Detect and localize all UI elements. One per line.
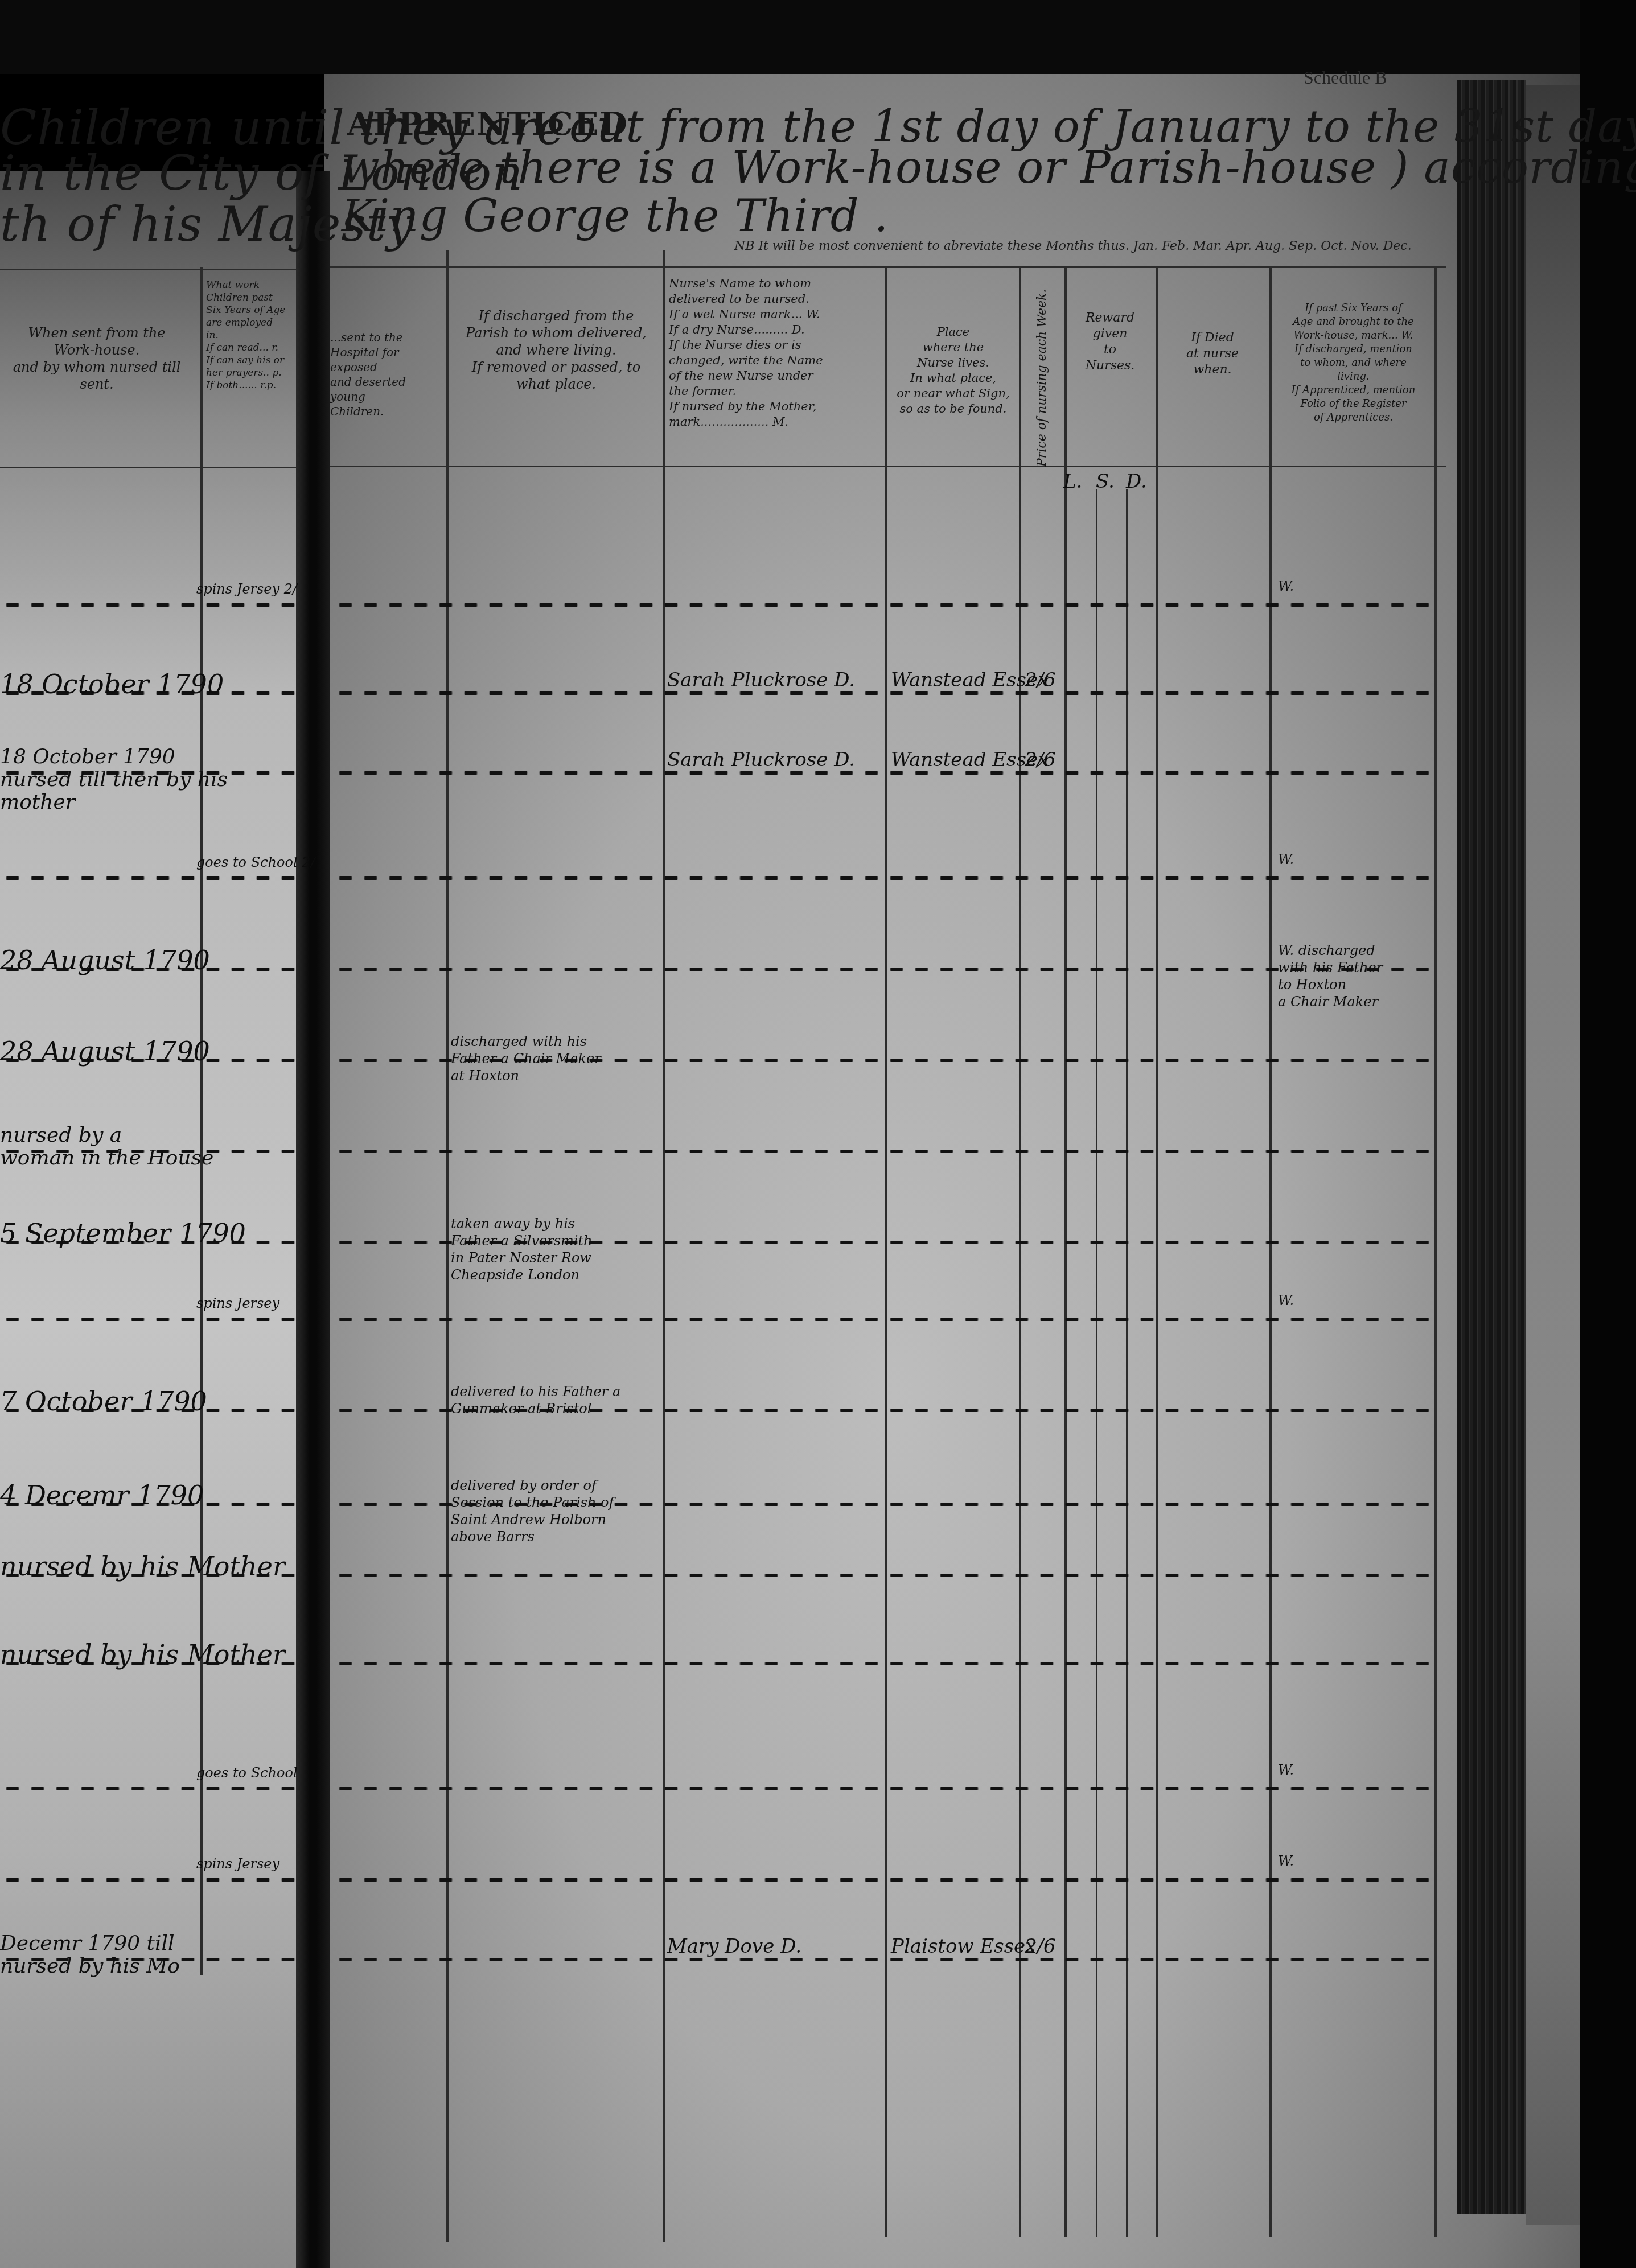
currency-pounds: L. [1063, 470, 1082, 493]
book-gutter [296, 171, 330, 2268]
cell-work: spins Jersey [196, 1855, 279, 1872]
cell-past-six: W. discharged with his Father to Hoxton … [1278, 942, 1383, 1010]
cell-past-six: W. [1278, 851, 1294, 868]
header-when-sent: When sent from the Work-house. and by wh… [0, 324, 194, 393]
column-rule [1434, 267, 1437, 2237]
cell-past-six: W. [1278, 1761, 1294, 1779]
cell-when-sent: nursed by his Mother [0, 1639, 285, 1670]
dotted-leader [333, 968, 1437, 971]
cell-work: spins Jersey [196, 1295, 279, 1312]
header-price: Price of nursing each Week. [1035, 289, 1049, 467]
dotted-leader [333, 1318, 1437, 1321]
header-died: If Died at nurse when. [1158, 330, 1267, 378]
column-rule [885, 267, 887, 2237]
rule [330, 266, 1446, 268]
header-discharged: If discharged from the Parish to whom de… [451, 307, 661, 393]
cell-work: goes to School 2/ [196, 854, 315, 871]
cell-past-six: W. [1278, 1292, 1294, 1309]
cell-discharged: delivered by order of Session to the Par… [451, 1477, 614, 1545]
header-reward: Reward given to Nurses. [1067, 310, 1153, 374]
dotted-leader [333, 1662, 1437, 1665]
title-line3-right: King George the Third . [342, 191, 889, 242]
cell-discharged: taken away by his Father a Silversmith i… [451, 1215, 593, 1283]
cell-discharged: delivered to his Father a Gunmaker at Br… [451, 1383, 620, 1417]
scan-border-right [1580, 0, 1636, 2268]
column-rule [446, 250, 449, 2242]
title-line2-right: where there is a Work-house or Parish-ho… [342, 142, 1636, 194]
cell-when-sent: 18 October 1790 nursed till then by his … [0, 746, 228, 814]
cell-when-sent: Decemr 1790 till nursed by his Mo [0, 1932, 180, 1978]
dotted-leader [333, 771, 1437, 775]
rule [0, 467, 296, 468]
rule [330, 466, 1446, 467]
cell-price: 2/6 [1025, 1935, 1056, 1958]
dotted-leader [333, 1787, 1437, 1790]
dotted-leader [0, 1878, 296, 1882]
header-place: Place where the Nurse lives. In what pla… [889, 324, 1017, 417]
cell-when-sent: 18 October 1790 [0, 669, 224, 699]
cell-past-six: W. [1278, 1853, 1294, 1870]
rule [0, 269, 296, 270]
column-rule [1156, 267, 1158, 2237]
cell-nurse-name: Mary Dove D. [667, 1935, 801, 1958]
column-rule [1126, 489, 1128, 2237]
cell-place: Plaistow Essex [891, 1935, 1036, 1958]
schedule-label: Schedule B [1304, 67, 1387, 88]
dotted-leader [333, 876, 1437, 880]
header-hospital: ...sent to the Hospital for exposed and … [330, 330, 444, 419]
abbreviation-note: NB It will be most convenient to abrevia… [734, 239, 1412, 253]
cell-past-six: W. [1278, 578, 1294, 595]
dotted-leader [333, 1574, 1437, 1577]
cell-when-sent: 5 September 1790 [0, 1218, 246, 1249]
dotted-leader [333, 691, 1437, 695]
cell-work: goes to School [196, 1764, 298, 1781]
column-rule [1064, 267, 1067, 2237]
dotted-leader [333, 1150, 1437, 1153]
cell-when-sent: nursed by a woman in the House [0, 1124, 213, 1170]
paper-strip [1526, 85, 1580, 2225]
currency-shillings: S. [1096, 470, 1115, 493]
cell-work: spins Jersey 2/ [196, 581, 297, 598]
cell-when-sent: 28 August 1790 [0, 1036, 210, 1067]
cell-price: 2/6 [1025, 748, 1056, 771]
cell-discharged: discharged with his Father a Chair Maker… [451, 1033, 601, 1084]
dotted-leader [0, 603, 296, 607]
scan-border-top [0, 0, 1636, 74]
header-nurse-name: Nurse's Name to whom delivered to be nur… [669, 276, 882, 430]
column-rule [663, 250, 665, 2242]
cell-when-sent: 28 August 1790 [0, 945, 210, 975]
header-work: What work Children past Six Years of Age… [206, 279, 297, 392]
dotted-leader [333, 1958, 1437, 1961]
cell-when-sent: nursed by his Mother [0, 1551, 285, 1582]
column-rule [1269, 267, 1272, 2237]
dotted-leader [333, 603, 1437, 607]
dotted-leader [0, 1787, 296, 1790]
currency-pence: D. [1126, 470, 1147, 493]
cell-price: 2/6 [1025, 669, 1056, 691]
header-past-six: If past Six Years of Age and brought to … [1272, 302, 1434, 425]
dotted-leader [333, 1878, 1437, 1882]
cell-nurse-name: Sarah Pluckrose D. [667, 748, 855, 771]
column-rule [200, 267, 203, 1975]
column-rule [1096, 489, 1097, 2237]
page-edges [1457, 80, 1526, 2214]
dotted-leader [0, 1318, 296, 1321]
dotted-leader [0, 876, 296, 880]
cell-when-sent: 7 October 1790 [0, 1386, 207, 1417]
cell-when-sent: 4 Decemr 1790 [0, 1480, 204, 1510]
cell-nurse-name: Sarah Pluckrose D. [667, 669, 855, 691]
